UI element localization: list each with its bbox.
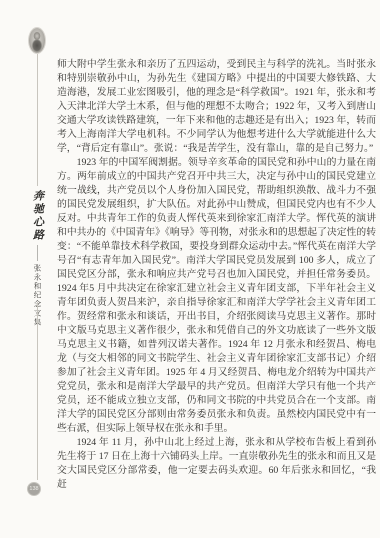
page-number-badge: 138 [27,482,41,496]
decorative-stem-line-bottom [37,302,38,480]
portrait-photo-icon [29,28,45,53]
paragraph-2: 1923 年的中国军阀割据。领导辛亥革命的国民党和孙中山的力量在南方。两年前成立… [57,156,376,436]
paragraph-1: 师大附中学生张永和亲历了五四运动，受到民主与科学的洗礼。当时张永和特别崇敬孙中山… [57,58,376,156]
book-series-title: 奔驰心路 [30,190,46,242]
book-page: 奔驰心路 —— 张永和纪念文集 138 师大附中学生张永和亲历了五四运动，受到民… [0,0,380,538]
paragraph-3: 1924 年 11 月，孙中山北上经过上海，张永和从学校布告板上看到孙先生将于 … [57,436,376,492]
page-body-text: 师大附中学生张永和亲历了五四运动，受到民主与科学的洗礼。当时张永和特别崇敬孙中山… [57,58,376,492]
decorative-stem-line-top [37,54,38,186]
title-separator-dash: —— [34,245,42,261]
